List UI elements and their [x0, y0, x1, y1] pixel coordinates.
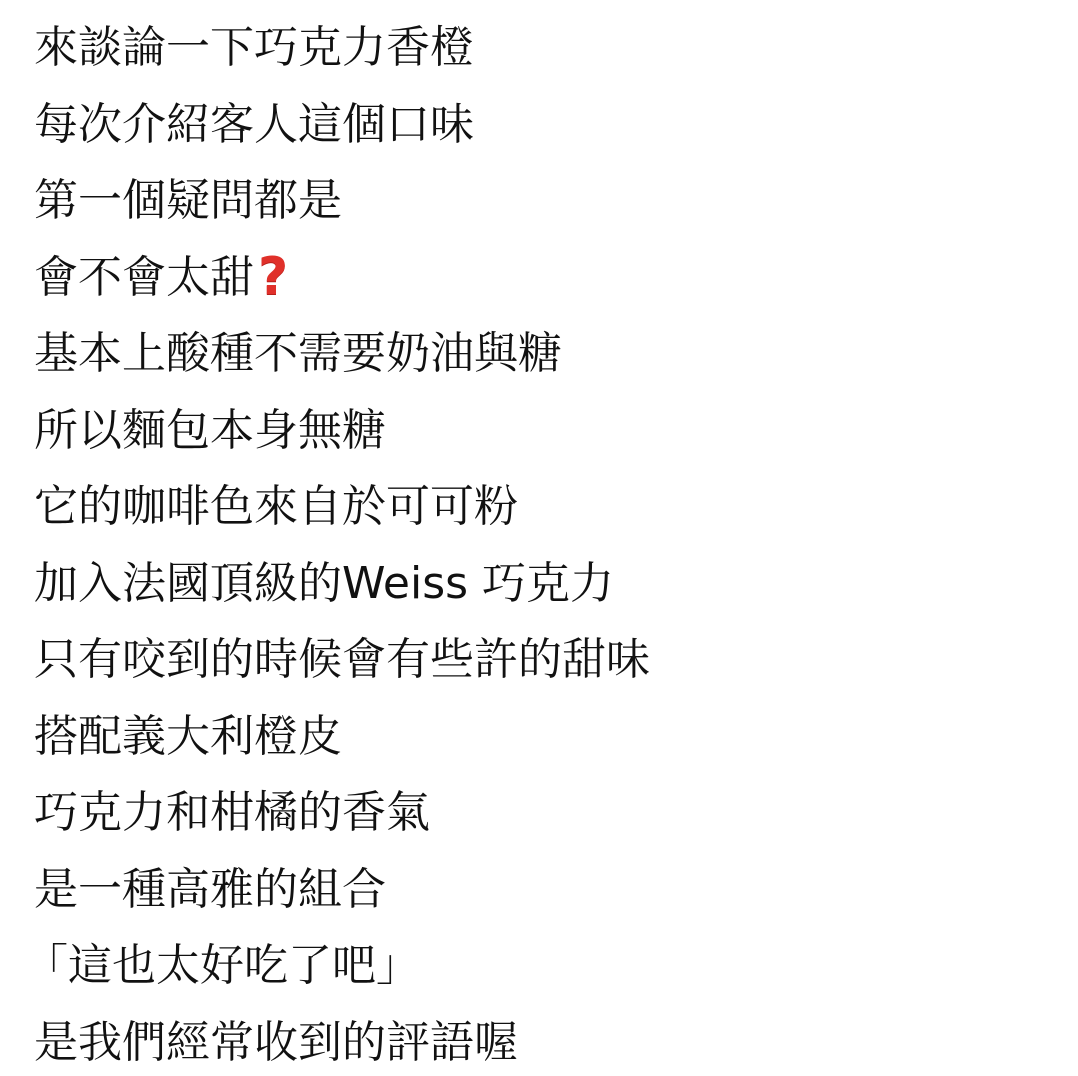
- text-line-3: 第一個疑問都是: [34, 163, 650, 240]
- text-line-7: 它的咖啡色來自於可可粉: [34, 469, 650, 546]
- text-line-8: 加入法國頂級的Weiss 巧克力: [34, 546, 650, 623]
- text-line-4: 會不會太甜?: [34, 240, 650, 317]
- text-line-13-quote: 「這也太好吃了吧」: [24, 928, 650, 1005]
- text-line-9: 只有咬到的時候會有些許的甜味: [34, 622, 650, 699]
- text-line-5: 基本上酸種不需要奶油與糖: [34, 316, 650, 393]
- text-line-14: 是我們經常收到的評語喔: [34, 1005, 650, 1076]
- text-line-12: 是一種高雅的組合: [34, 852, 650, 929]
- red-question-mark-icon: ?: [258, 251, 288, 303]
- text-line-1: 來談論一下巧克力香橙: [34, 10, 650, 87]
- text-line-6: 所以麵包本身無糖: [34, 393, 650, 470]
- text-line-4-label: 會不會太甜: [34, 252, 254, 303]
- text-line-10: 搭配義大利橙皮: [34, 699, 650, 776]
- post-text-body: 來談論一下巧克力香橙 每次介紹客人這個口味 第一個疑問都是 會不會太甜? 基本上…: [34, 10, 650, 1076]
- text-line-2: 每次介紹客人這個口味: [34, 87, 650, 164]
- text-line-11: 巧克力和柑橘的香氣: [34, 775, 650, 852]
